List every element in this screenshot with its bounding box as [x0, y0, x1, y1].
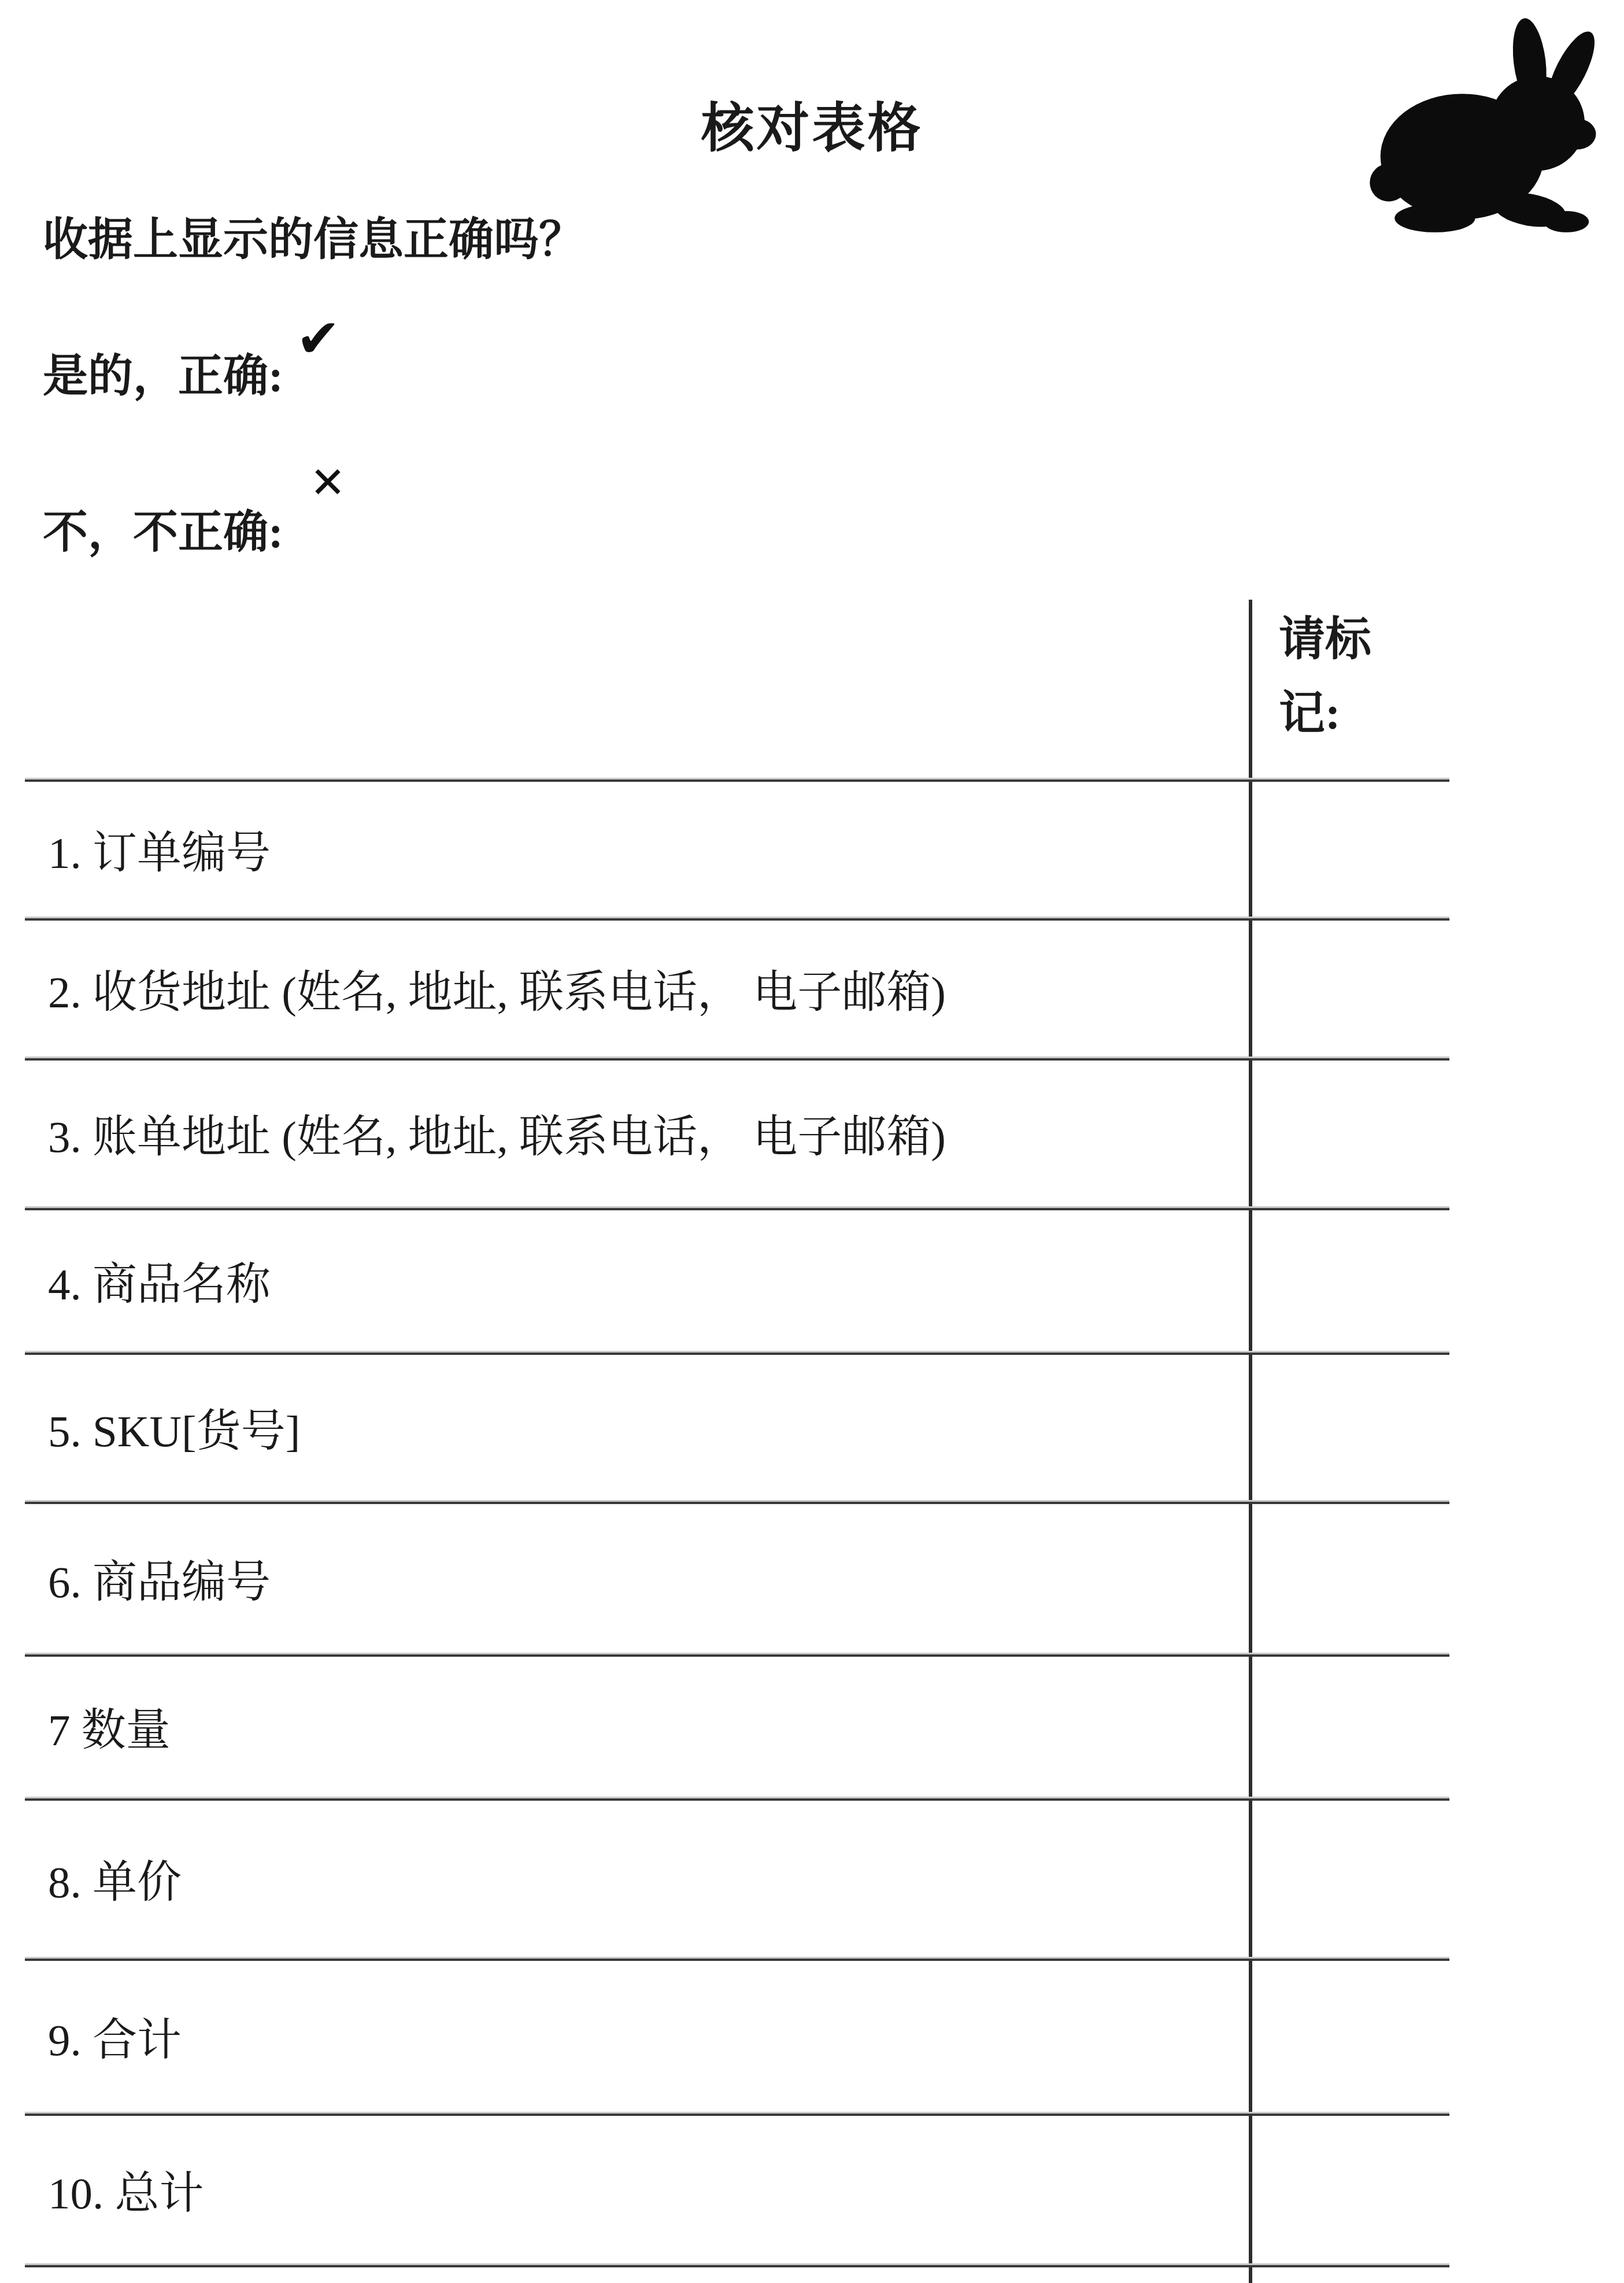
mark-cell [1249, 1959, 1449, 2114]
mark-column-header: 请标记: [1279, 603, 1410, 751]
row-label: 9. 合计 [25, 1959, 1249, 2114]
table-row: 10. 总计 [25, 2114, 1449, 2265]
row-label: 5. SKU[货号] [25, 1353, 1249, 1502]
table-hline [25, 1653, 1449, 1657]
table-hline [25, 2263, 1449, 2267]
table-row: 1. 订单编号 [25, 780, 1449, 918]
answer-yes-label: 是的，正确: [43, 340, 283, 405]
table-row: 6. 商品编号 [25, 1502, 1449, 1654]
row-label: 3. 账单地址 (姓名, 地址, 联系电话， 电子邮箱) [25, 1058, 1249, 1208]
table-hline [25, 1500, 1449, 1504]
mark-cell [1249, 1208, 1449, 1353]
row-label: 7 数量 [25, 1654, 1249, 1798]
row-label: 6. 商品编号 [25, 1502, 1249, 1654]
mark-cell [1249, 1058, 1449, 1208]
table-hline [25, 1206, 1449, 1210]
table-row: 7 数量 [25, 1654, 1449, 1798]
mark-cell [1249, 2114, 1449, 2265]
table-row: 2. 收货地址 (姓名, 地址, 联系电话， 电子邮箱) [25, 918, 1449, 1058]
table-hline [25, 1351, 1449, 1355]
mark-cell [1249, 1502, 1449, 1654]
table-row: 5. SKU[货号] [25, 1353, 1449, 1502]
table-hline [25, 2112, 1449, 2116]
table-row: 9. 合计 [25, 1959, 1449, 2114]
table-hline [25, 778, 1449, 782]
table-row: 8. 单价 [25, 1798, 1449, 1959]
row-label: 1. 订单编号 [25, 780, 1249, 918]
table-hline [25, 1797, 1449, 1801]
row-label: 2. 收货地址 (姓名, 地址, 联系电话， 电子邮箱) [25, 918, 1249, 1058]
mark-cell [1249, 918, 1449, 1058]
row-label: 10. 总计 [25, 2114, 1249, 2265]
table-hline [25, 917, 1449, 921]
checklist-document: 核对表格 收据上显示的信息正确吗？ 是的，正确: ✔ 不，不正确: ✕ 请标记:… [0, 0, 1624, 2283]
mark-cell [1249, 1798, 1449, 1959]
table-row: 4. 商品名称 [25, 1208, 1449, 1353]
question-text: 收据上显示的信息正确吗？ [43, 204, 584, 268]
table-hline [25, 1957, 1449, 1961]
table-hline [25, 1056, 1449, 1061]
row-label: 8. 单价 [25, 1798, 1249, 1959]
mark-cell [1249, 1353, 1449, 1502]
row-label: 4. 商品名称 [25, 1208, 1249, 1353]
rabbit-icon [1363, 13, 1608, 239]
table-row: 3. 账单地址 (姓名, 地址, 联系电话， 电子邮箱) [25, 1058, 1449, 1208]
check-icon: ✔ [296, 312, 341, 365]
mark-cell [1249, 780, 1449, 918]
x-icon: ✕ [310, 461, 346, 504]
mark-cell [1249, 1654, 1449, 1798]
answer-no-label: 不，不正确: [43, 496, 283, 561]
